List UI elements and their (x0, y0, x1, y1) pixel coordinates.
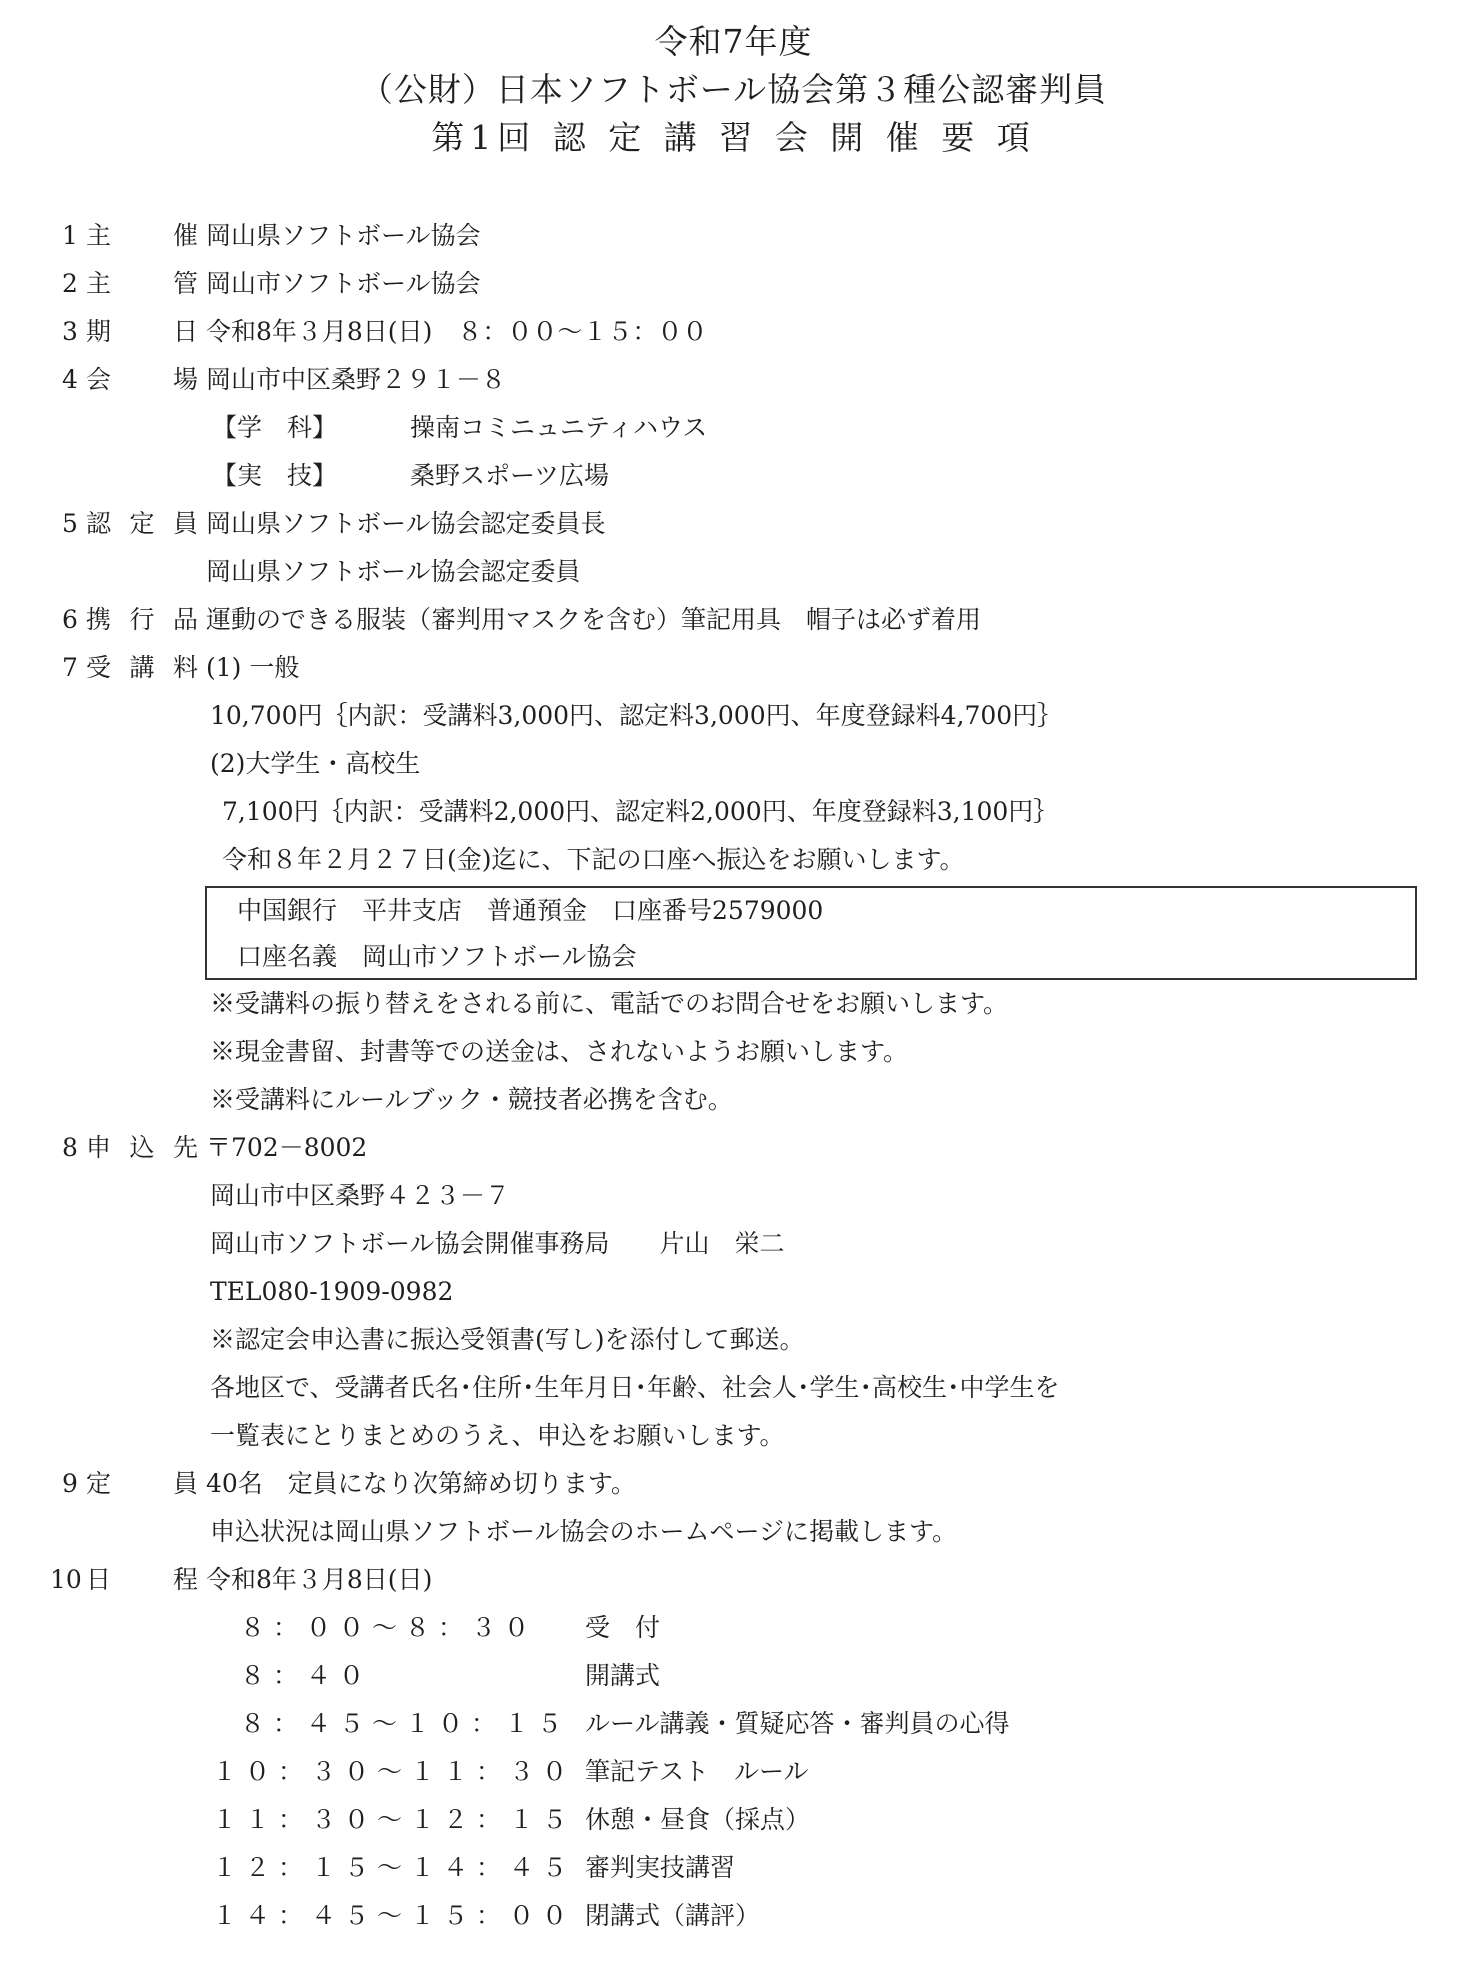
section-number: 2 (62, 260, 88, 308)
schedule-desc: 筆記テスト ルール (585, 1748, 809, 1796)
fee-general-label: (1) 一般 (206, 644, 299, 692)
section-number: 1 (62, 212, 88, 260)
capacity-value: 40名 定員になり次第締め切ります。 (206, 1460, 636, 1508)
examiner-member: 岡山県ソフトボール協会認定委員 (206, 548, 581, 596)
label-char: 場 (173, 356, 198, 404)
schedule-time: ８：４０ (240, 1652, 560, 1700)
apply-address: 岡山市中区桑野４２３－７ (210, 1172, 510, 1220)
label-char: 員 (173, 500, 198, 548)
venue-practical-label: 【実 技】 (212, 452, 337, 500)
title-event: 第1回 認 定 講 習 会 開 催 要 項 (0, 114, 1467, 162)
schedule-time: １４：４５～１５：００ (212, 1892, 532, 1940)
label-char: 認 (86, 500, 111, 548)
fee-general-value: 10,700円｛内訳：受講料3,000円、認定料3,000円、年度登録料4,70… (210, 692, 1062, 740)
venue-practical-value: 桑野スポーツ広場 (410, 452, 609, 500)
document-title: 令和7年度 （公財）日本ソフトボール協会第３種公認審判員 第1回 認 定 講 習… (0, 18, 1467, 162)
fee-note: ※現金書留、封書等での送金は、されないようお願いします。 (210, 1028, 908, 1076)
label-char: 催 (173, 212, 198, 260)
section-label: 主 催 (86, 212, 198, 260)
label-char: 品 (173, 596, 198, 644)
schedule-desc: ルール講義・質疑応答・審判員の心得 (585, 1700, 1010, 1748)
schedule-time: ８：４５～１０：１５ (240, 1700, 560, 1748)
bank-account-holder: 口座名義 岡山市ソフトボール協会 (237, 934, 637, 980)
schedule-desc: 開講式 (585, 1652, 660, 1700)
label-char: 期 (86, 308, 111, 356)
section-label: 認 定 員 (86, 500, 198, 548)
label-char: 員 (173, 1460, 198, 1508)
fee-student-value: 7,100円｛内訳：受講料2,000円、認定料2,000円、年度登録料3,100… (222, 788, 1058, 836)
apply-postal-code: 〒702－8002 (206, 1124, 367, 1172)
section-number: 10 (50, 1556, 76, 1604)
section-label: 日 程 (86, 1556, 198, 1604)
section-label: 主 管 (86, 260, 198, 308)
fee-student-label: (2)大学生・高校生 (210, 740, 420, 788)
section-label: 受 講 料 (86, 644, 198, 692)
section-number: 5 (62, 500, 88, 548)
section-number: 6 (62, 596, 88, 644)
venue-classroom-value: 操南コミニュニティハウス (410, 404, 707, 452)
label-char: 主 (86, 260, 111, 308)
schedule-desc: 休憩・昼食（採点） (585, 1796, 810, 1844)
label-char: 料 (173, 644, 198, 692)
schedule-desc: 閉講式（講評） (585, 1892, 760, 1940)
label-char: 定 (129, 500, 154, 548)
label-char: 日 (173, 308, 198, 356)
section-number: 3 (62, 308, 88, 356)
label-char: 先 (173, 1124, 198, 1172)
manager-value: 岡山市ソフトボール協会 (206, 260, 481, 308)
apply-instructions: 一覧表にとりまとめのうえ、申込をお願いします。 (210, 1412, 785, 1460)
schedule-time: １２：１５～１４：４５ (212, 1844, 532, 1892)
section-number: 4 (62, 356, 88, 404)
fee-note: ※受講料の振り替えをされる前に、電話でのお問合せをお願いします。 (210, 980, 1008, 1028)
section-number: 9 (62, 1460, 88, 1508)
schedule-desc: 受 付 (585, 1604, 660, 1652)
section-label: 申 込 先 (86, 1124, 198, 1172)
bank-account-number: 中国銀行 平井支店 普通預金 口座番号2579000 (237, 888, 823, 934)
date-value: 令和8年３月8日(日) ８：００～１５：００ (206, 308, 707, 356)
label-char: 携 (86, 596, 111, 644)
schedule-time: ８：００～８：３０ (240, 1604, 560, 1652)
apply-instructions: 各地区で、受講者氏名･住所･生年月日･年齢、社会人･学生･高校生･中学生を (210, 1364, 1060, 1412)
capacity-note: 申込状況は岡山県ソフトボール協会のホームページに掲載します。 (210, 1508, 957, 1556)
fee-deadline: 令和８年２月２７日(金)迄に、下記の口座へ振込をお願いします。 (222, 836, 965, 884)
venue-classroom-label: 【学 科】 (212, 404, 337, 452)
section-label: 期 日 (86, 308, 198, 356)
apply-note: ※認定会申込書に振込受領書(写し)を添付して郵送。 (210, 1316, 805, 1364)
bank-account-box: 中国銀行 平井支店 普通預金 口座番号2579000 口座名義 岡山市ソフトボー… (205, 886, 1417, 980)
label-char: 管 (173, 260, 198, 308)
label-char: 行 (129, 596, 154, 644)
fee-note: ※受講料にルールブック・競技者必携を含む。 (210, 1076, 733, 1124)
label-char: 講 (129, 644, 154, 692)
schedule-date: 令和8年３月8日(日) (206, 1556, 432, 1604)
organizer-value: 岡山県ソフトボール協会 (206, 212, 481, 260)
label-char: 主 (86, 212, 111, 260)
title-organization: （公財）日本ソフトボール協会第３種公認審判員 (0, 66, 1467, 114)
label-char: 定 (86, 1460, 111, 1508)
schedule-time: １１：３０～１２：１５ (212, 1796, 532, 1844)
section-label: 定 員 (86, 1460, 198, 1508)
title-fiscal-year: 令和7年度 (0, 18, 1467, 66)
apply-office: 岡山市ソフトボール協会開催事務局 片山 栄二 (210, 1220, 785, 1268)
label-char: 日 (86, 1556, 111, 1604)
items-value: 運動のできる服装（審判用マスクを含む）筆記用具 帽子は必ず着用 (206, 596, 981, 644)
label-char: 受 (86, 644, 111, 692)
section-number: 7 (62, 644, 88, 692)
section-label: 会 場 (86, 356, 198, 404)
label-char: 込 (129, 1124, 154, 1172)
schedule-time: １０：３０～１１：３０ (212, 1748, 532, 1796)
schedule-desc: 審判実技講習 (585, 1844, 735, 1892)
apply-phone: TEL080-1909-0982 (210, 1268, 453, 1316)
label-char: 程 (173, 1556, 198, 1604)
label-char: 会 (86, 356, 111, 404)
venue-address: 岡山市中区桑野２９１－８ (206, 356, 506, 404)
section-label: 携 行 品 (86, 596, 198, 644)
section-number: 8 (62, 1124, 88, 1172)
label-char: 申 (86, 1124, 111, 1172)
examiner-chair: 岡山県ソフトボール協会認定委員長 (206, 500, 606, 548)
